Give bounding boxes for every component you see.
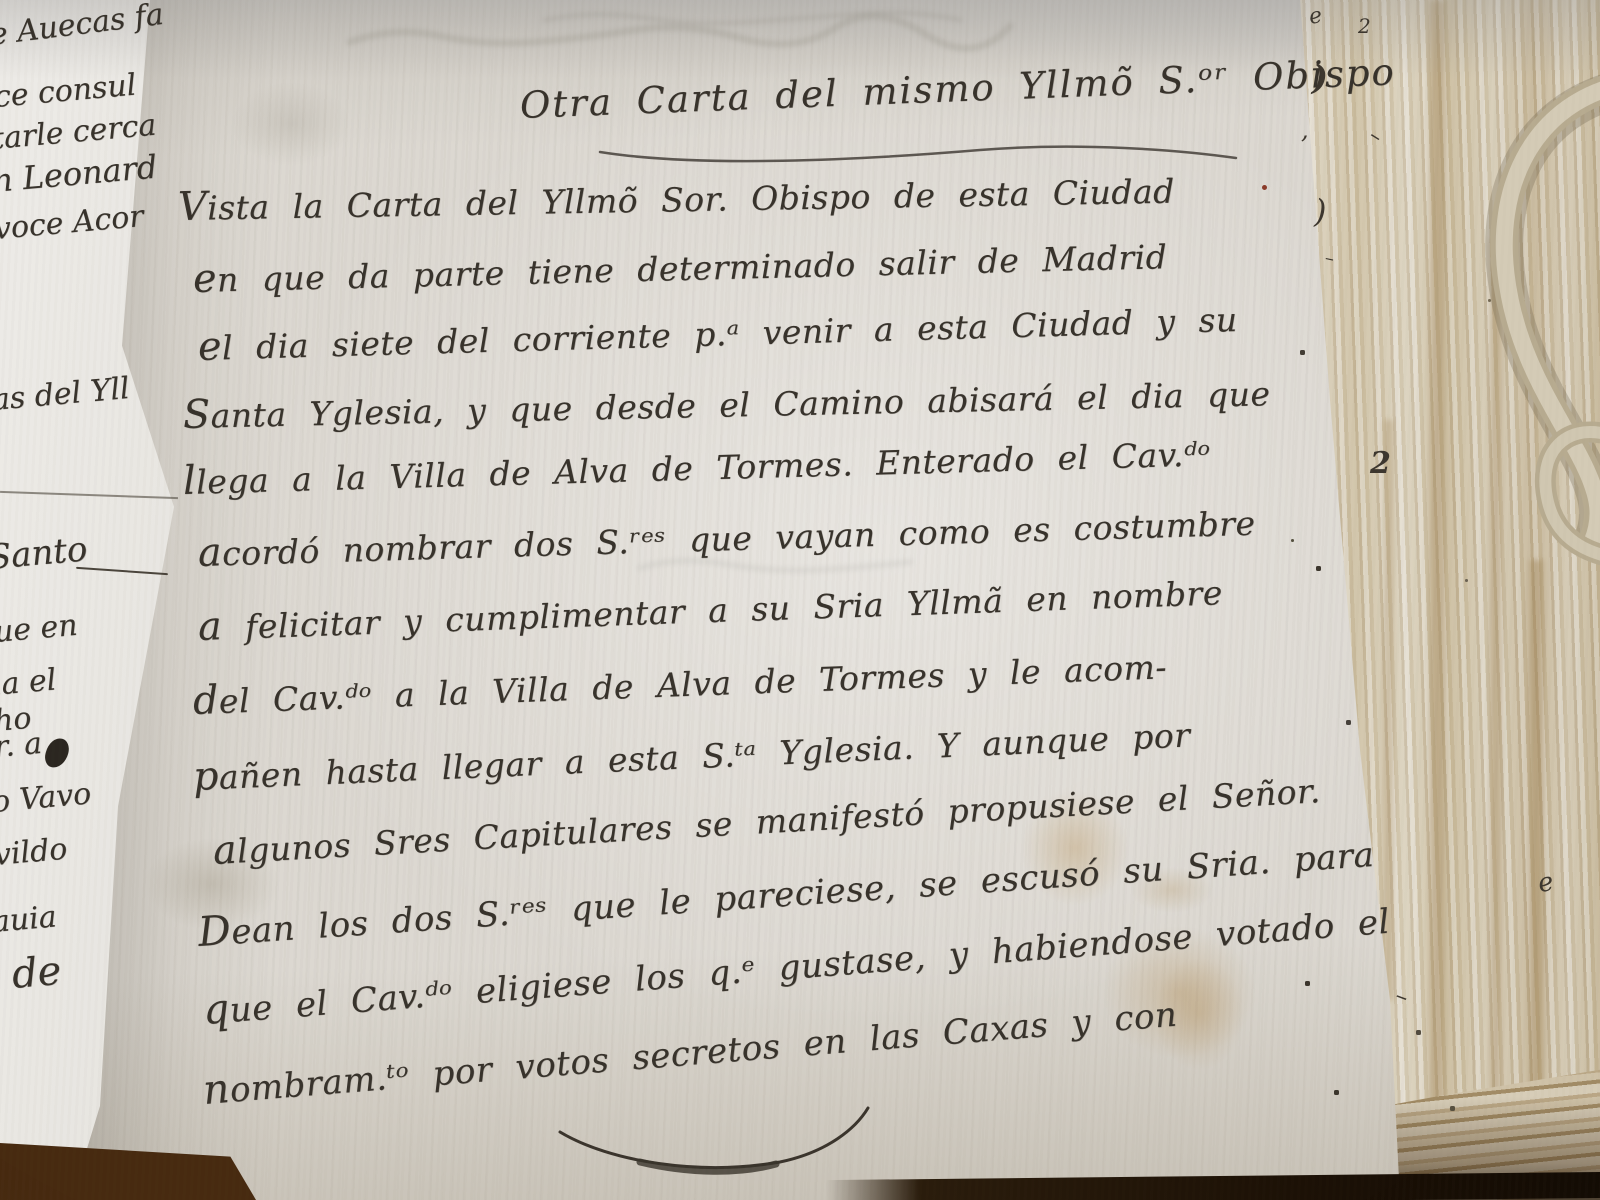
edge-ink-mark: ): [1312, 58, 1328, 98]
left-page-text-fragment: r. a: [0, 726, 43, 765]
fore-edge-stain: [1490, 240, 1501, 1200]
edge-ink-mark: ): [1314, 192, 1326, 230]
left-page-text-fragment: ia el: [0, 662, 58, 702]
left-page-text-fragment: de: [10, 948, 63, 998]
edge-ink-mark: 2: [1370, 446, 1391, 481]
left-page-text-fragment: vildo: [0, 832, 69, 873]
paper-stain: [206, 64, 376, 184]
edge-specks: [0, 0, 1, 1]
foxing-speck: [1262, 185, 1267, 190]
fore-edge-stain: [1430, 0, 1445, 1200]
edge-ink-mark: 2: [1358, 14, 1371, 38]
manuscript-photo: Otra Carta del mismo Yllmõ S.ᵒʳ Obispo V…: [0, 0, 1600, 1200]
left-page-text-fragment: ue en: [0, 608, 79, 650]
left-page-text-fragment: auia: [0, 899, 58, 940]
edge-ink-mark: ,: [1301, 116, 1309, 144]
